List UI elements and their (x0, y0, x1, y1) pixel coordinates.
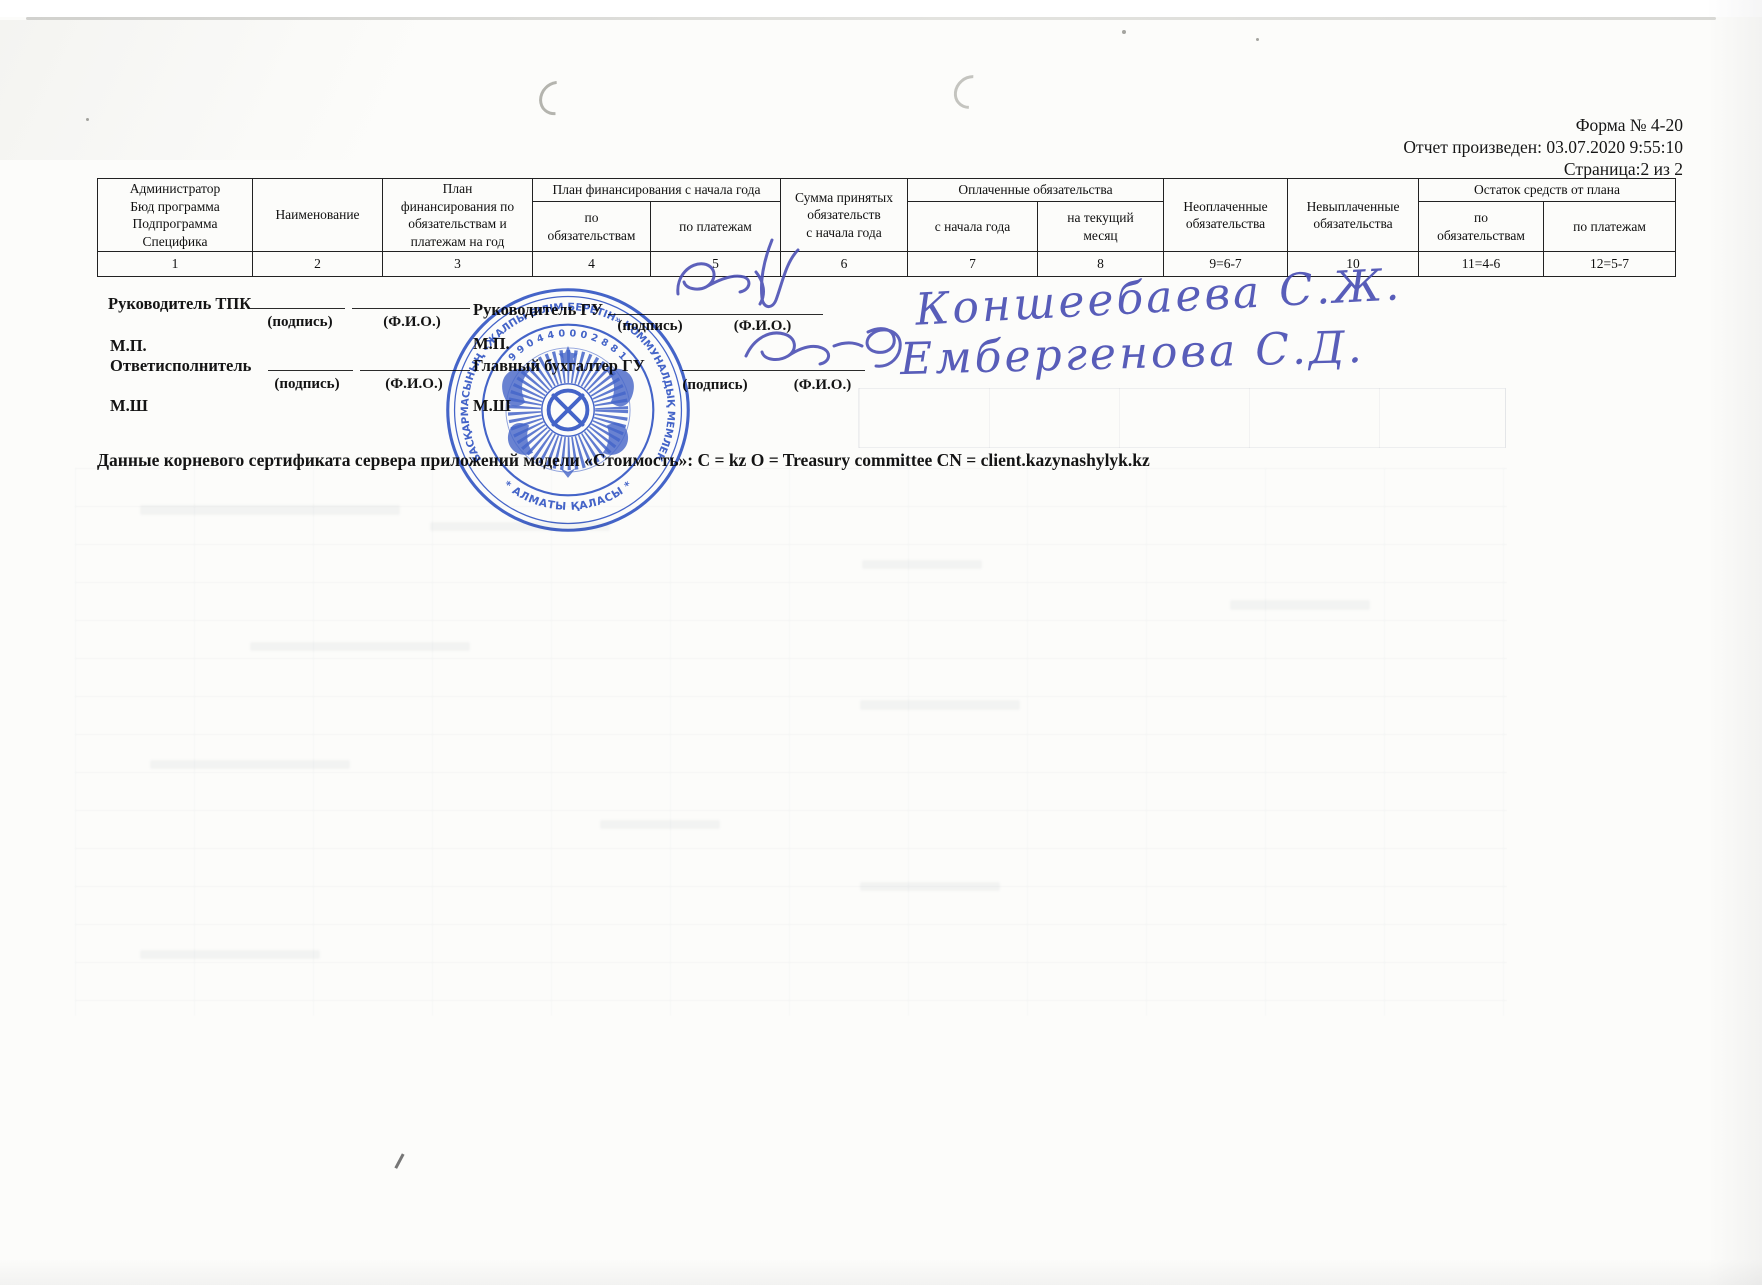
handwritten-name-2: Ембергенова С.Д. (899, 322, 1365, 385)
page-bottom-shade (0, 1259, 1762, 1285)
role-tpk-head: Руководитель ТПК (108, 294, 251, 314)
col-number: 3 (383, 252, 533, 277)
sign-label: (подпись) (255, 314, 345, 331)
col-header-name: Наименование (253, 179, 383, 252)
mp-label: М.П. (110, 336, 147, 356)
col-group-plan-begin: План финансирования с начала года (533, 179, 781, 202)
bleed-smudge (140, 950, 320, 959)
col-number: 4 (533, 252, 651, 277)
page-indicator: Страница:2 из 2 (1403, 158, 1683, 180)
bleed-through-table-header (858, 388, 1506, 448)
scanned-report-page: Форма № 4-20 Отчет произведен: 03.07.202… (0, 0, 1762, 1285)
bleed-smudge (250, 642, 470, 651)
hole-punch-mark (947, 68, 995, 116)
scanner-top-edge (0, 0, 1762, 17)
bleed-smudge (600, 820, 720, 829)
bleed-smudge (1230, 600, 1370, 610)
signature-line (268, 357, 353, 371)
page-right-shade (1707, 0, 1762, 1285)
col-header-rem-by-obligations: по обязательствам (1419, 202, 1544, 252)
col-group-paid: Оплаченные обязательства (908, 179, 1164, 202)
report-generated-timestamp: Отчет произведен: 03.07.2020 9:55:10 (1403, 136, 1683, 158)
col-header-by-obligations: по обязательствам (533, 202, 651, 252)
col-header-current-month: на текущий месяц (1038, 202, 1164, 252)
msh-label: М.Ш (110, 396, 148, 416)
col-header-from-year-start: с начала года (908, 202, 1038, 252)
signature-line (250, 295, 345, 309)
scan-speck (86, 118, 89, 121)
bleed-smudge (860, 700, 1020, 710)
pen-tick-mark (394, 1153, 404, 1168)
sign-label: (подпись) (262, 376, 352, 393)
bleed-smudge (150, 760, 350, 769)
report-header-info: Форма № 4-20 Отчет произведен: 03.07.202… (1403, 114, 1683, 180)
official-stamp: БАСҚАРМАСЫНЫҢ «ЖАЛПЫ БІЛІМ БЕРЕТІН» КОММ… (440, 282, 696, 538)
bleed-through-table (75, 468, 1507, 1016)
col-header-not-disbursed: Невыплаченные обязательства (1288, 179, 1419, 252)
col-number: 7 (908, 252, 1038, 277)
col-header-rem-by-payments: по платежам (1544, 202, 1676, 252)
bleed-smudge (860, 882, 1000, 891)
col-number: 1 (98, 252, 253, 277)
col-header-unpaid: Неоплаченные обязательства (1164, 179, 1288, 252)
col-header-plan-year: План финансирования по обязательствам и … (383, 179, 533, 252)
col-number: 11=4-6 (1419, 252, 1544, 277)
bleed-smudge (140, 505, 400, 515)
role-responsible-executor: Ответисполнитель (110, 356, 251, 376)
col-header-admin: Администратор Бюд программа Подпрограмма… (98, 179, 253, 252)
report-table: Администратор Бюд программа Подпрограмма… (97, 178, 1676, 277)
col-number: 12=5-7 (1544, 252, 1676, 277)
col-number: 2 (253, 252, 383, 277)
scan-speck (1256, 38, 1259, 41)
form-number: Форма № 4-20 (1403, 114, 1683, 136)
col-group-remainder: Остаток средств от плана (1419, 179, 1676, 202)
bleed-smudge (862, 560, 982, 569)
scan-speck (1122, 30, 1126, 34)
